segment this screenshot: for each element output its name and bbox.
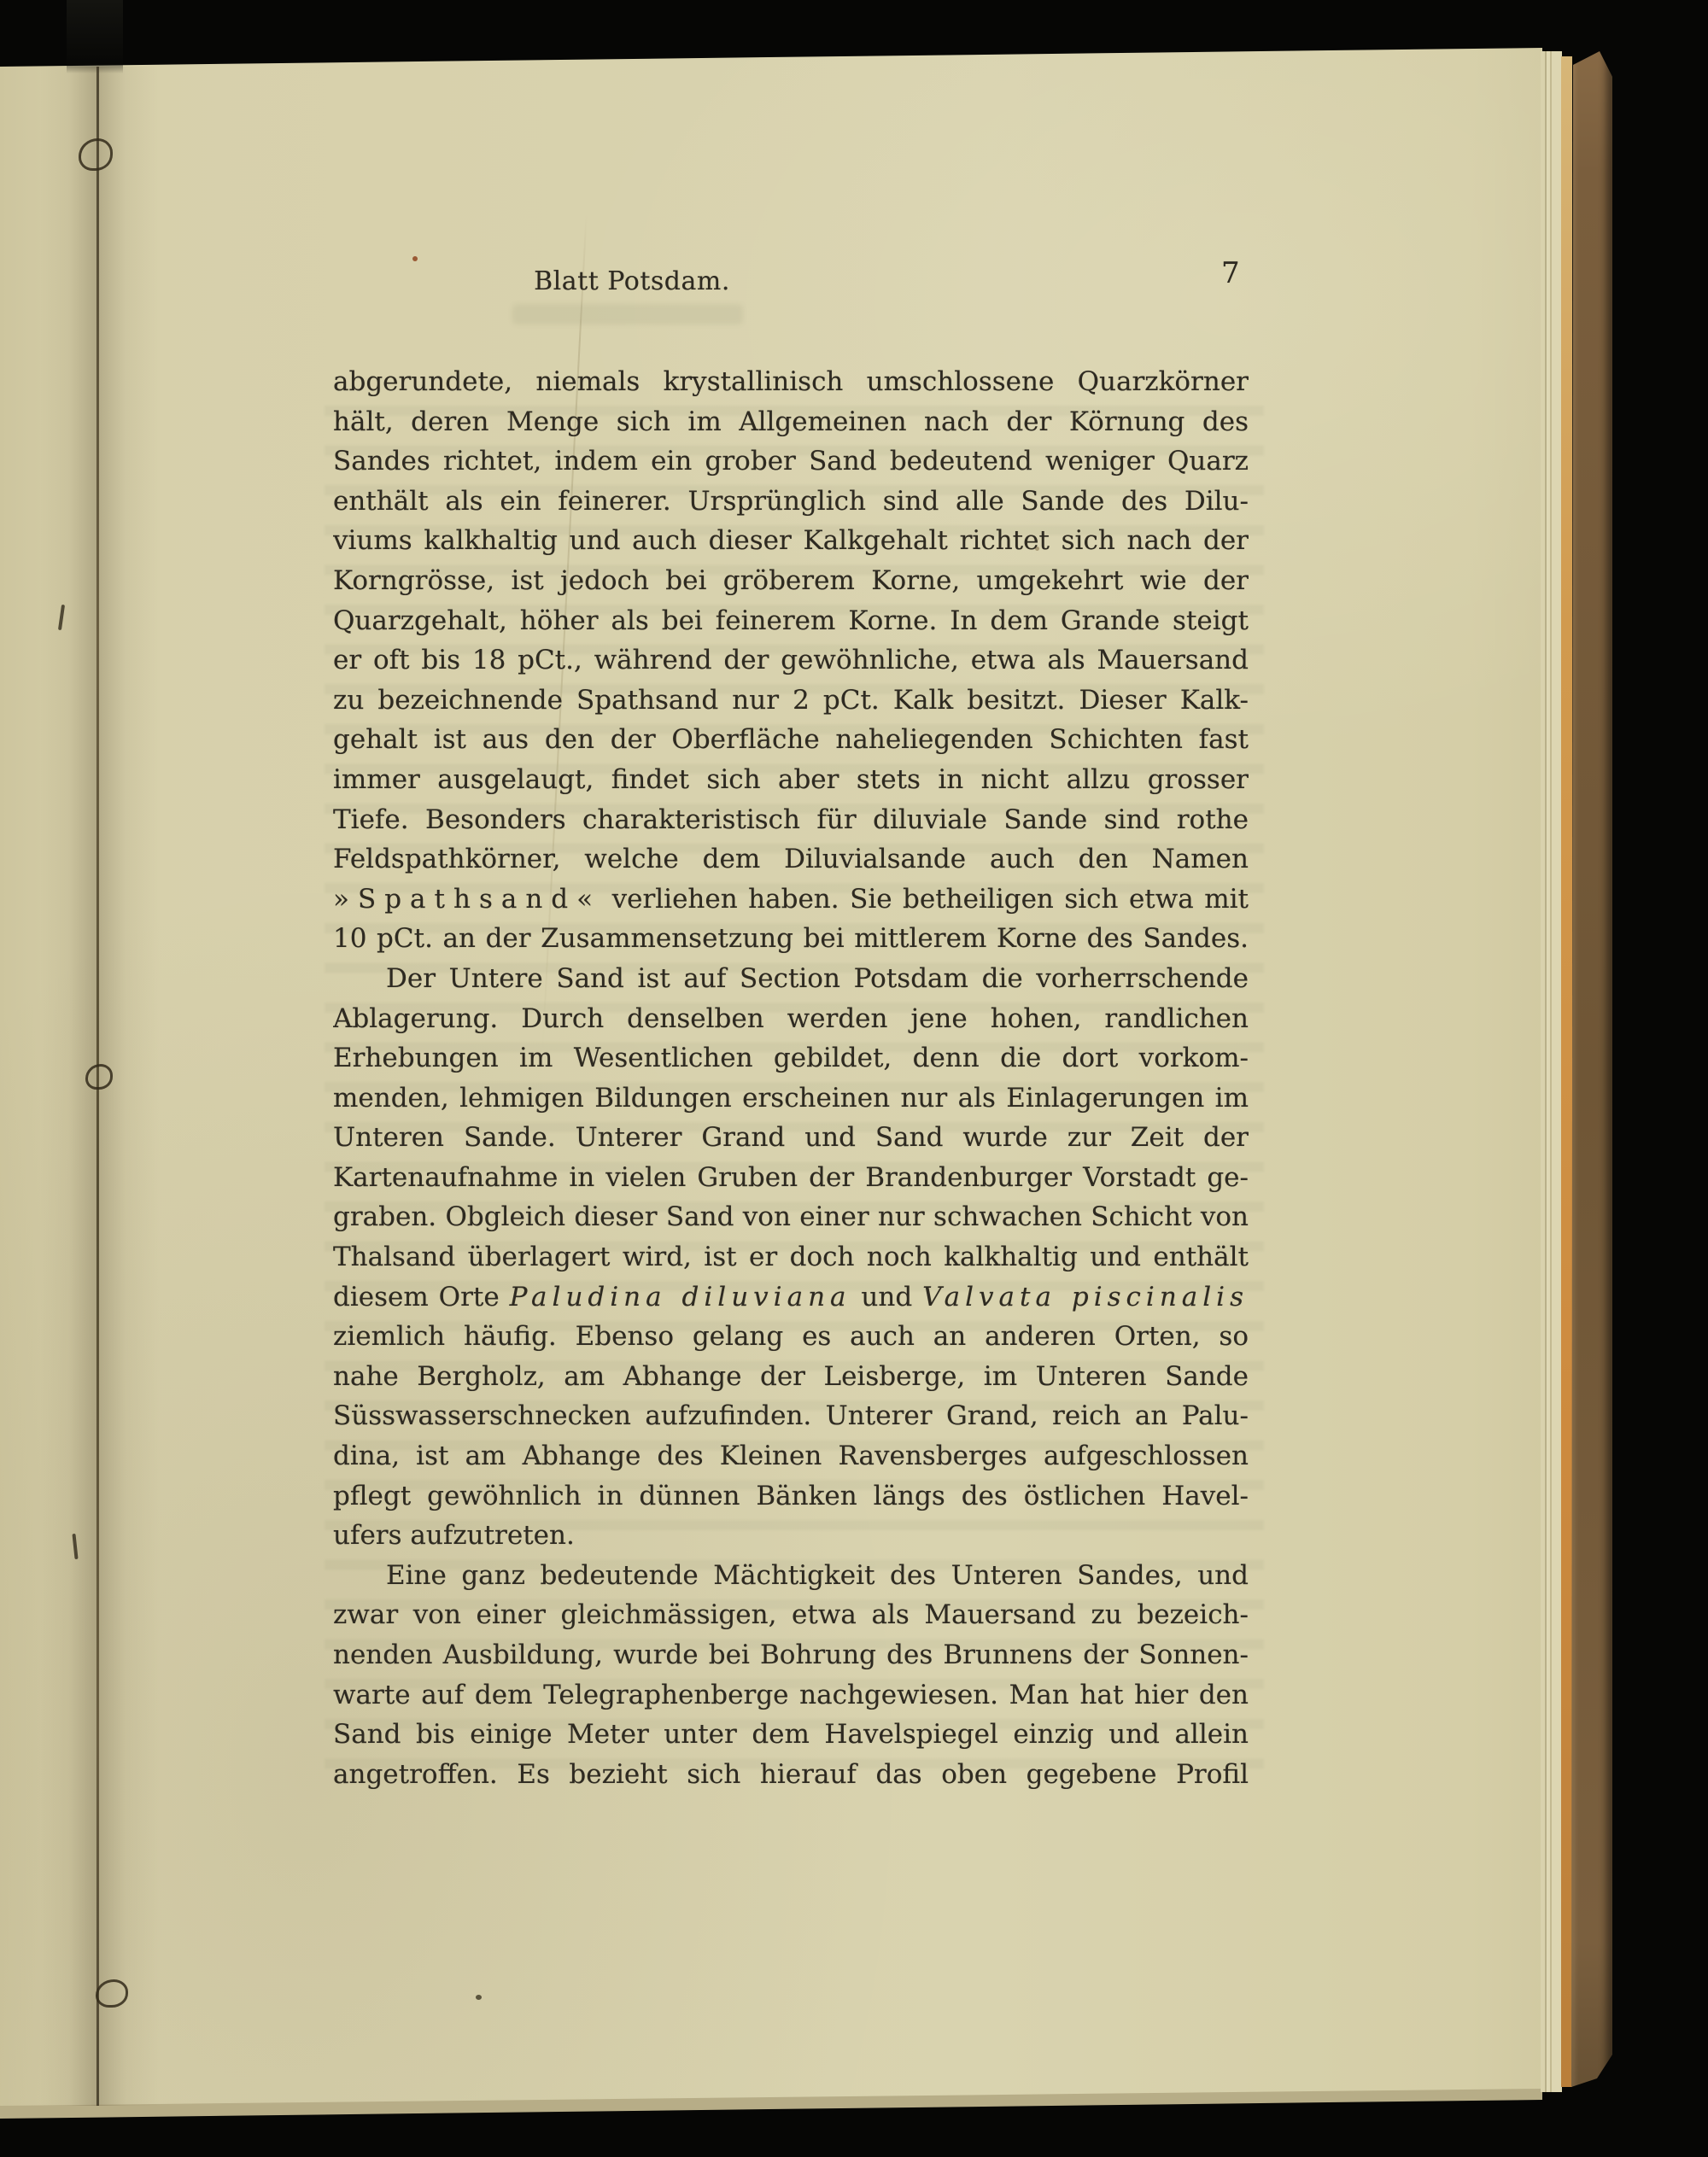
text-line: pflegt gewöhnlich in dünnen Bänken längs… xyxy=(333,1476,1249,1517)
text-line: graben. Obgleich dieser Sand von einer n… xyxy=(333,1197,1249,1237)
text-line: Unteren Sande. Unterer Grand und Sand wu… xyxy=(333,1118,1249,1158)
text-segment: Korngrösse, ist jedoch bei gröberem Korn… xyxy=(333,565,1249,596)
text-line: nenden Ausbildung, wurde bei Bohrung des… xyxy=(333,1635,1249,1675)
paragraph: Der Untere Sand ist auf Section Potsdam … xyxy=(333,959,1249,1556)
text-line: ziemlich häufig. Ebenso gelang es auch a… xyxy=(333,1317,1249,1357)
text-segment: immer ausgelaugt, findet sich aber stets… xyxy=(333,764,1249,795)
text-segment: gehalt ist aus den der Oberfläche naheli… xyxy=(333,724,1249,755)
paragraph: Eine ganz bedeutende Mächtigkeit des Unt… xyxy=(333,1556,1249,1795)
text-line: er oft bis 18 pCt., während der gewöhnli… xyxy=(333,640,1249,681)
text-line: 10 pCt. an der Zusammensetzung bei mittl… xyxy=(333,919,1249,959)
text-line: Der Untere Sand ist auf Section Potsdam … xyxy=(333,959,1249,999)
text-line: Süsswasserschnecken aufzufinden. Unterer… xyxy=(333,1396,1249,1436)
text-segment: nenden Ausbildung, wurde bei Bohrung des… xyxy=(333,1640,1249,1670)
text-segment: Kartenaufnahme in vielen Gruben der Bran… xyxy=(333,1162,1249,1193)
page-number: 7 xyxy=(1221,256,1240,290)
page-edges-strip xyxy=(1541,51,1562,2092)
text-line: viums kalkhaltig und auch dieser Kalkgeh… xyxy=(333,521,1249,561)
text-segment: Erhebungen im Wesentlichen gebildet, den… xyxy=(333,1043,1249,1073)
text-segment: zwar von einer gleichmässigen, etwa als … xyxy=(333,1599,1249,1630)
paper-speck xyxy=(476,1995,482,2000)
text-line: »Spathsand« verliehen haben. Sie betheil… xyxy=(333,880,1249,920)
emphasized-spaced-text: »Spathsand« xyxy=(333,884,601,915)
text-segment: zu bezeichnende Spathsand nur 2 pCt. Kal… xyxy=(333,685,1249,716)
text-segment: Sandes richtet, indem ein grober Sand be… xyxy=(333,446,1249,476)
text-segment: 10 pCt. an der Zusammensetzung bei mittl… xyxy=(333,923,1249,954)
text-segment: Thalsand überlagert wird, ist er doch no… xyxy=(333,1242,1249,1277)
text-segment: Eine ganz bedeutende Mächtigkeit des Unt… xyxy=(386,1560,1249,1591)
text-block: abgerundete, niemals krystallinisch umsc… xyxy=(333,362,1249,1794)
text-segment: hält, deren Menge sich im Allgemeinen na… xyxy=(333,406,1249,437)
text-line: dina, ist am Abhange des Kleinen Ravensb… xyxy=(333,1436,1249,1476)
text-segment: warte auf dem Telegraphenberge nachgewie… xyxy=(333,1680,1249,1710)
gutter-shadow-right xyxy=(99,67,166,2106)
text-line: warte auf dem Telegraphenberge nachgewie… xyxy=(333,1675,1249,1716)
text-segment: dina, ist am Abhange des Kleinen Ravensb… xyxy=(333,1441,1249,1476)
species-name-italic: Valvata piscinalis xyxy=(922,1282,1249,1312)
text-segment: Tiefe. Besonders charakteristisch für di… xyxy=(333,804,1249,835)
text-segment: ufers aufzutreten. xyxy=(333,1520,575,1551)
species-name-italic: Paludina diluviana xyxy=(510,1282,851,1312)
text-segment: viums kalkhaltig und auch dieser Kalkgeh… xyxy=(333,525,1249,556)
text-line: enthält als ein feinerer. Ursprünglich s… xyxy=(333,482,1249,522)
text-segment: pflegt gewöhnlich in dünnen Bänken längs… xyxy=(333,1481,1249,1511)
text-segment: nahe Bergholz, am Abhange der Leisberge,… xyxy=(333,1361,1249,1392)
text-line: nahe Bergholz, am Abhange der Leisberge,… xyxy=(333,1357,1249,1397)
page-header-title: Blatt Potsdam. xyxy=(359,266,905,296)
text-line: Korngrösse, ist jedoch bei gröberem Korn… xyxy=(333,561,1249,601)
text-segment: verliehen haben. Sie betheiligen sich et… xyxy=(601,884,1249,915)
text-segment: Sand bis einige Meter unter dem Havelspi… xyxy=(333,1719,1249,1750)
text-segment: Unteren Sande. Unterer Grand und Sand wu… xyxy=(333,1122,1249,1153)
text-line: Thalsand überlagert wird, ist er doch no… xyxy=(333,1237,1249,1277)
text-line: menden, lehmigen Bildungen erscheinen nu… xyxy=(333,1078,1249,1119)
text-line: gehalt ist aus den der Oberfläche naheli… xyxy=(333,720,1249,760)
text-segment: enthält als ein feinerer. Ursprünglich s… xyxy=(333,486,1249,517)
text-segment: Quarzgehalt, höher als bei feinerem Korn… xyxy=(333,605,1249,636)
text-segment: diesem Orte xyxy=(333,1282,510,1312)
photo-background: { "colors": { "photo_background": "#0606… xyxy=(0,0,1708,2157)
text-line: Sand bis einige Meter unter dem Havelspi… xyxy=(333,1715,1249,1755)
text-segment: abgerundete, niemals krystallinisch umsc… xyxy=(333,366,1249,402)
text-line: Ablagerung. Durch denselben werden jene … xyxy=(333,999,1249,1039)
text-segment: Der Untere Sand ist auf Section Potsdam … xyxy=(386,963,1249,994)
text-line: diesem Orte Paludina diluviana und Valva… xyxy=(333,1277,1249,1318)
text-line: abgerundete, niemals krystallinisch umsc… xyxy=(333,362,1249,402)
page-edge-orange-strip xyxy=(1561,56,1572,2087)
text-line: zu bezeichnende Spathsand nur 2 pCt. Kal… xyxy=(333,681,1249,721)
text-line: Kartenaufnahme in vielen Gruben der Bran… xyxy=(333,1158,1249,1198)
text-segment: graben. Obgleich dieser Sand von einer n… xyxy=(333,1201,1249,1232)
paragraph: abgerundete, niemals krystallinisch umsc… xyxy=(333,362,1249,959)
text-line: zwar von einer gleichmässigen, etwa als … xyxy=(333,1595,1249,1635)
paper-speck xyxy=(412,256,418,261)
text-segment: er oft bis 18 pCt., während der gewöhnli… xyxy=(333,645,1249,675)
stitch-mark xyxy=(79,138,113,171)
text-line: Eine ganz bedeutende Mächtigkeit des Unt… xyxy=(333,1556,1249,1596)
verso-show-through xyxy=(512,304,743,324)
text-line: angetroffen. Es bezieht sich hierauf das… xyxy=(333,1755,1249,1795)
text-line: Tiefe. Besonders charakteristisch für di… xyxy=(333,800,1249,840)
text-line: immer ausgelaugt, findet sich aber stets… xyxy=(333,760,1249,800)
text-line: Erhebungen im Wesentlichen gebildet, den… xyxy=(333,1038,1249,1078)
binding-top-shadow xyxy=(67,0,123,73)
text-segment: Süsswasserschnecken aufzufinden. Unterer… xyxy=(333,1400,1249,1431)
text-segment: Ablagerung. Durch denselben werden jene … xyxy=(333,1003,1249,1034)
text-segment: menden, lehmigen Bildungen erscheinen nu… xyxy=(333,1083,1249,1114)
text-line: ufers aufzutreten. xyxy=(333,1516,1249,1556)
text-segment: und xyxy=(851,1282,923,1312)
text-line: Quarzgehalt, höher als bei feinerem Korn… xyxy=(333,601,1249,641)
stitch-mark xyxy=(85,1064,113,1090)
text-segment: Feldspathkörner, welche dem Diluvialsand… xyxy=(333,844,1249,874)
book-cover-edge xyxy=(1571,0,1612,2157)
text-line: Feldspathkörner, welche dem Diluvialsand… xyxy=(333,839,1249,880)
text-line: hält, deren Menge sich im Allgemeinen na… xyxy=(333,402,1249,442)
text-line: Sandes richtet, indem ein grober Sand be… xyxy=(333,441,1249,482)
text-segment: ziemlich häufig. Ebenso gelang es auch a… xyxy=(333,1321,1249,1352)
text-segment: angetroffen. Es bezieht sich hierauf das… xyxy=(333,1759,1249,1790)
stitch-mark xyxy=(96,1979,128,2008)
book-photo: Blatt Potsdam. 7 abgerundete, niemals kr… xyxy=(0,0,1708,2157)
